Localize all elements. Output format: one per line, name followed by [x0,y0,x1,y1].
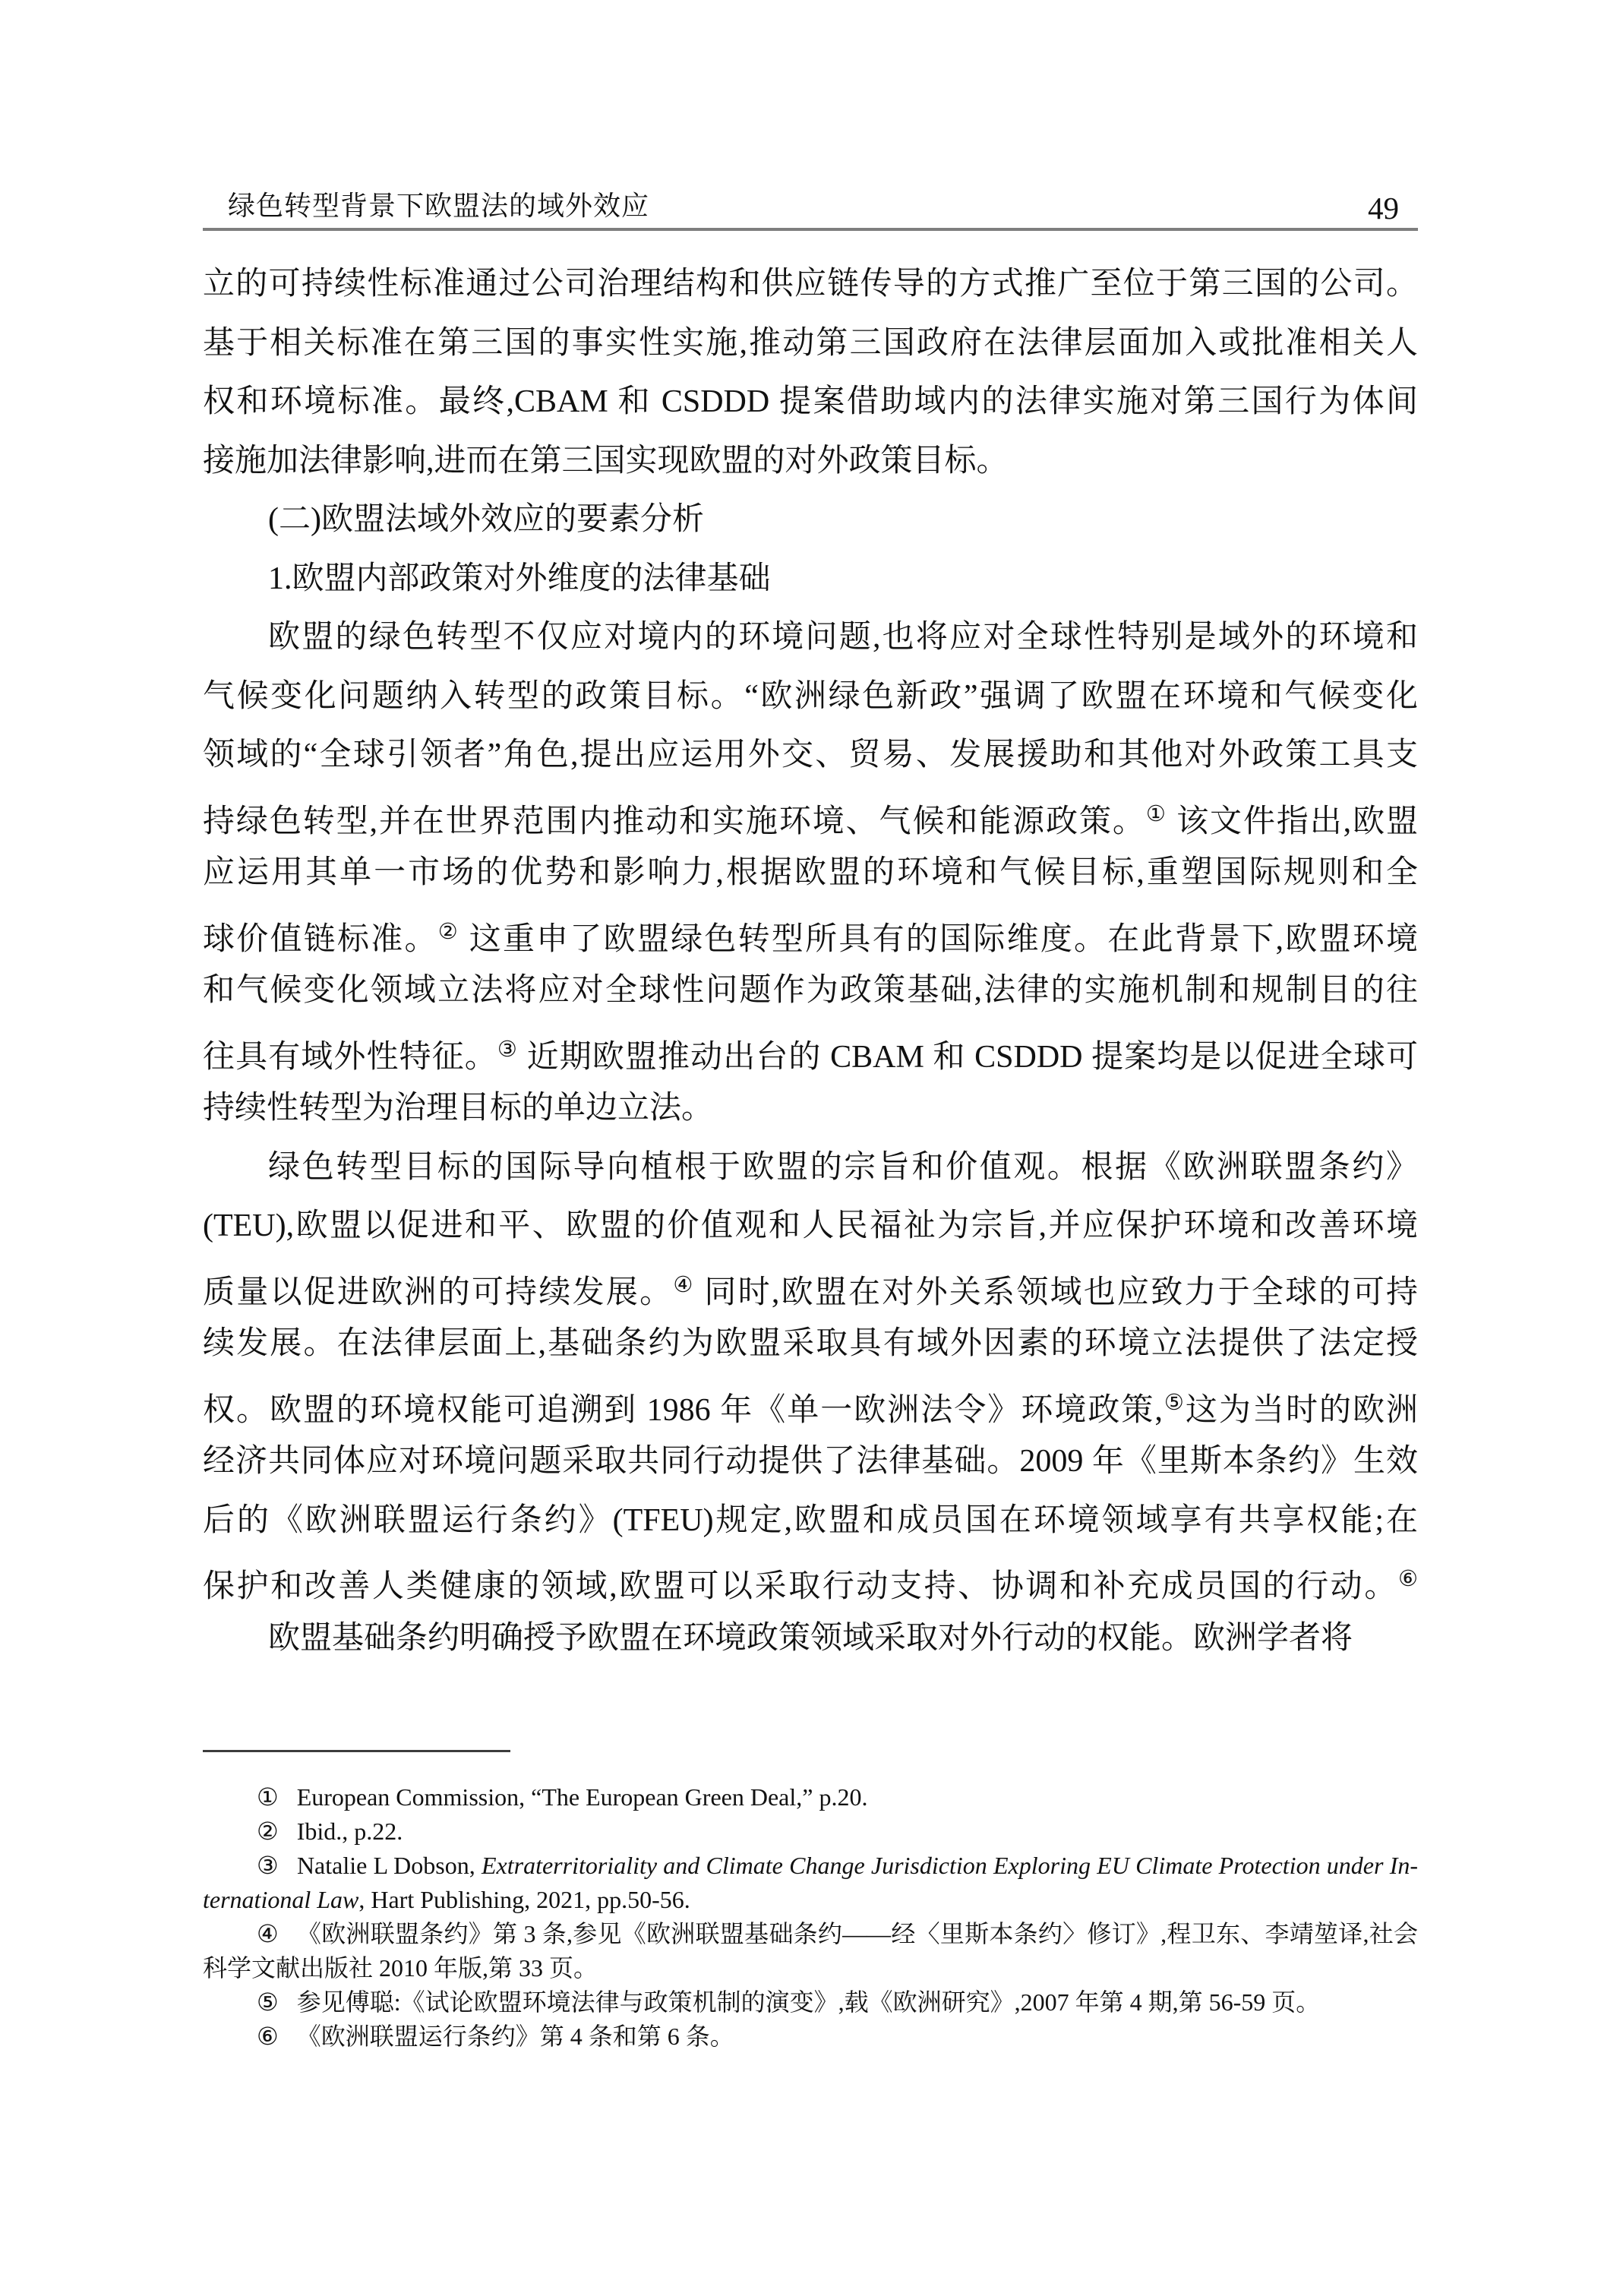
footnote-text: Natalie L Dobson, [297,1852,482,1879]
body-line: 基于相关标准在第三国的事实性实施,推动第三国政府在法律层面加入或批准相关人 [203,314,1418,374]
footnote-book-title: Extraterritoriality and Climate Change J… [482,1852,1418,1879]
running-header: 绿色转型背景下欧盟法的域外效应 49 [203,184,1418,228]
section-heading: (二)欧盟法域外效应的要素分析 [203,491,1418,550]
body-line: 球价值链标准。② 这重申了欧盟绿色转型所具有的国际维度。在此背景下,欧盟环境 [203,903,1418,962]
body-line: 欧盟的绿色转型不仅应对境内的环境问题,也将应对全球性特别是域外的环境和 [203,608,1418,668]
footnote-line: ④《欧洲联盟条约》第 3 条,参见《欧洲联盟基础条约——经〈里斯本条约〉修订》,… [203,1917,1418,1951]
footnote-line: ②Ibid., p.22. [203,1814,1418,1849]
body-line: 和气候变化领域立法将应对全球性问题作为政策基础,法律的实施机制和规制目的往 [203,962,1418,1021]
body-line: 质量以促进欧洲的可持续发展。④ 同时,欧盟在对外关系领域也应致力于全球的可持 [203,1256,1418,1315]
footnote-marker: ② [257,1818,279,1845]
body-line: 欧盟基础条约明确授予欧盟在环境政策领域采取对外行动的权能。欧洲学者将 [203,1609,1418,1669]
page-number: 49 [1368,190,1399,226]
footnote-line: ③Natalie L Dobson, Extraterritoriality a… [203,1849,1418,1883]
body-line: 应运用其单一市场的优势和影响力,根据欧盟的环境和气候目标,重塑国际规则和全 [203,844,1418,903]
body-line: 权和环境标准。最终,CBAM 和 CSDDD 提案借助域内的法律实施对第三国行为… [203,373,1418,432]
footnote-marker: ④ [257,1920,279,1947]
footnote-book-title: ternational Law [203,1886,358,1913]
header-rule [203,228,1418,231]
body-line: 后的《欧洲联盟运行条约》(TFEU)规定,欧盟和成员国在环境领域享有共享权能;在 [203,1492,1418,1551]
body-line: (TEU),欧盟以促进和平、欧盟的价值观和人民福祉为宗旨,并应保护环境和改善环境 [203,1197,1418,1256]
body-line: 保护和改善人类健康的领域,欧盟可以采取行动支持、协调和补充成员国的行动。⑥ [203,1550,1418,1609]
footnote-text: 《欧洲联盟条约》第 3 条,参见《欧洲联盟基础条约——经〈里斯本条约〉修订》,程… [297,1920,1418,1947]
body-line: 权。欧盟的环境权能可追溯到 1986 年《单一欧洲法令》环境政策,⑤这为当时的欧… [203,1374,1418,1433]
footnote-ref-marker: ⑤ [1163,1391,1186,1415]
footnote-line: 科学文献出版社 2010 年版,第 33 页。 [203,1951,1418,1985]
footnote-line: ⑥《欧洲联盟运行条约》第 4 条和第 6 条。 [203,2020,1418,2054]
body-line: 领域的“全球引领者”角色,提出应运用外交、贸易、发展援助和其他对外政策工具支 [203,726,1418,785]
body-line: 绿色转型目标的国际导向植根于欧盟的宗旨和价值观。根据《欧洲联盟条约》 [203,1139,1418,1198]
page: 绿色转型背景下欧盟法的域外效应 49 立的可持续性标准通过公司治理结构和供应链传… [0,0,1623,2296]
footnote-line: ⑤参见傅聪:《试论欧盟环境法律与政策机制的演变》,载《欧洲研究》,2007 年第… [203,1985,1418,2020]
footnote-ref-marker: ① [1146,802,1167,826]
footnote-text: , Hart Publishing, 2021, pp.50-56. [358,1886,690,1913]
footnote-marker: ⑥ [257,2023,279,2050]
footnote-marker: ③ [257,1852,279,1879]
subsection-heading: 1.欧盟内部政策对外维度的法律基础 [203,550,1418,609]
footnote-marker: ① [257,1783,279,1811]
footnote-text: European Commission, “The European Green… [297,1783,868,1811]
body-text: 立的可持续性标准通过公司治理结构和供应链传导的方式推广至位于第三国的公司。基于相… [203,255,1418,1668]
footnote-divider [203,1750,510,1752]
footnotes: ①European Commission, “The European Gree… [203,1780,1418,2054]
body-line: 经济共同体应对环境问题采取共同行动提供了法律基础。2009 年《里斯本条约》生效 [203,1432,1418,1492]
body-line: 立的可持续性标准通过公司治理结构和供应链传导的方式推广至位于第三国的公司。 [203,255,1418,314]
footnote-ref-marker: ② [438,920,459,944]
body-line: 接施加法律影响,进而在第三国实现欧盟的对外政策目标。 [203,432,1418,491]
footnote-text: 参见傅聪:《试论欧盟环境法律与政策机制的演变》,载《欧洲研究》,2007 年第 … [297,1988,1321,2016]
footnote-ref-marker: ③ [497,1037,518,1062]
footnote-line: ternational Law, Hart Publishing, 2021, … [203,1883,1418,1917]
body-line: 气候变化问题纳入转型的政策目标。“欧洲绿色新政”强调了欧盟在环境和气候变化 [203,668,1418,727]
running-header-title: 绿色转型背景下欧盟法的域外效应 [228,185,649,223]
footnote-line: ①European Commission, “The European Gree… [203,1780,1418,1814]
body-line: 持续性转型为治理目标的单边立法。 [203,1079,1418,1139]
footnote-ref-marker: ④ [673,1273,694,1297]
footnote-marker: ⑤ [257,1988,279,2016]
footnote-text: 《欧洲联盟运行条约》第 4 条和第 6 条。 [297,2023,734,2050]
body-line: 续发展。在法律层面上,基础条约为欧盟采取具有域外因素的环境立法提供了法定授 [203,1315,1418,1374]
footnote-text: 科学文献出版社 2010 年版,第 33 页。 [203,1954,598,1982]
body-line: 持绿色转型,并在世界范围内推动和实施环境、气候和能源政策。① 该文件指出,欧盟 [203,785,1418,845]
body-line: 往具有域外性特征。③ 近期欧盟推动出台的 CBAM 和 CSDDD 提案均是以促… [203,1021,1418,1080]
footnote-ref-marker: ⑥ [1398,1567,1418,1591]
footnote-text: Ibid., p.22. [297,1818,403,1845]
